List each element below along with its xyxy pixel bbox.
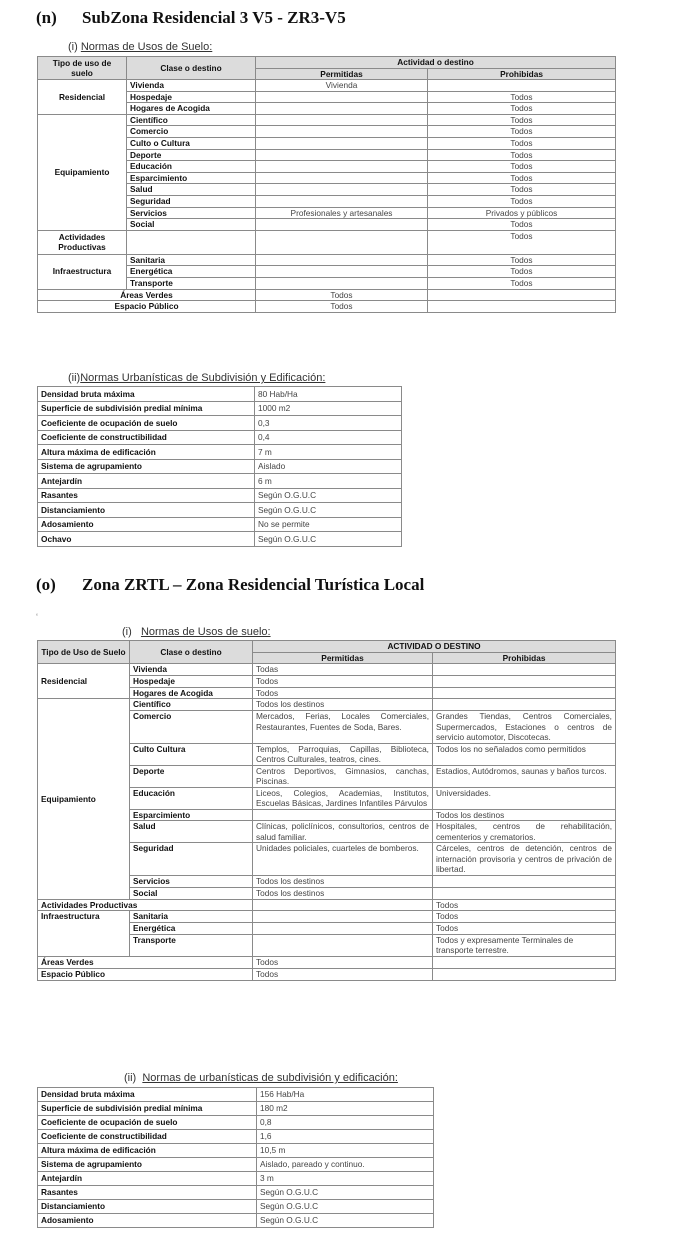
- prohibidas-cell: [433, 968, 616, 980]
- table-row: Superficie de subdivisión predial mínima…: [38, 401, 402, 416]
- table-row: InfraestructuraSanitariaTodos: [38, 911, 616, 923]
- tipo-cell: Infraestructura: [38, 254, 127, 289]
- permitidas-cell: Templos, Parroquias, Capillas, Bibliotec…: [253, 743, 433, 765]
- permitidas-cell: Mercados, Ferias, Locales Comerciales, R…: [253, 711, 433, 744]
- table-row: Densidad bruta máxima80 Hab/Ha: [38, 387, 402, 402]
- tipo-cell: Infraestructura: [38, 911, 130, 957]
- clase-cell: Hogares de Acogida: [130, 687, 253, 699]
- clase-cell: Educación: [127, 161, 256, 173]
- permitidas-cell: Todos: [253, 956, 433, 968]
- table-row: DistanciamientoSegún O.G.U.C: [38, 503, 402, 518]
- permitidas-cell: [256, 126, 428, 138]
- tipo-cell: Áreas Verdes: [38, 289, 256, 301]
- norm-key-cell: Distanciamiento: [38, 1200, 257, 1214]
- clase-cell: Deporte: [127, 149, 256, 161]
- prohibidas-cell: Grandes Tiendas, Centros Comerciales, Su…: [433, 711, 616, 744]
- permitidas-cell: [256, 172, 428, 184]
- clase-cell: Sanitaria: [127, 254, 256, 266]
- norm-value-cell: Según O.G.U.C: [255, 488, 402, 503]
- clase-cell: Esparcimiento: [127, 172, 256, 184]
- permitidas-cell: Todos: [256, 289, 428, 301]
- table-row: Espacio PúblicoTodos: [38, 968, 616, 980]
- norm-value-cell: No se permite: [255, 517, 402, 532]
- permitidas-cell: Todos los destinos: [253, 699, 433, 711]
- table-row: EquipamientoCientíficoTodos: [38, 114, 616, 126]
- prohibidas-cell: Todos: [428, 266, 616, 278]
- clase-cell: Social: [127, 219, 256, 231]
- permitidas-cell: [253, 923, 433, 935]
- permitidas-cell: [256, 184, 428, 196]
- permitidas-cell: [253, 809, 433, 821]
- norm-value-cell: Según O.G.U.C: [257, 1200, 434, 1214]
- table-row: Coeficiente de constructibilidad0,4: [38, 430, 402, 445]
- table-row: EquipamientoCientíficoTodos los destinos: [38, 699, 616, 711]
- table-row: ResidencialViviendaVivienda: [38, 80, 616, 92]
- table-row: Coeficiente de ocupación de suelo0,3: [38, 416, 402, 431]
- norm-key-cell: Coeficiente de ocupación de suelo: [38, 416, 255, 431]
- permitidas-cell: [256, 91, 428, 103]
- norm-value-cell: 1000 m2: [255, 401, 402, 416]
- norm-value-cell: 180 m2: [257, 1102, 434, 1116]
- table-row: Actividades ProductivasTodos: [38, 230, 616, 254]
- prohibidas-cell: [428, 289, 616, 301]
- prohibidas-cell: [433, 664, 616, 676]
- norm-key-cell: Densidad bruta máxima: [38, 387, 255, 402]
- table-row: Áreas VerdesTodos: [38, 289, 616, 301]
- table-row: Antejardín6 m: [38, 474, 402, 489]
- section-o-normas-label: (ii) Normas de urbanísticas de subdivisi…: [124, 1072, 398, 1084]
- section-o-number: (o): [36, 575, 82, 595]
- permitidas-cell: Todos: [256, 301, 428, 313]
- prohibidas-cell: Todos: [428, 277, 616, 289]
- table-row: OchavoSegún O.G.U.C: [38, 532, 402, 547]
- section-o-heading: (o)Zona ZRTL – Zona Residencial Turístic…: [36, 575, 424, 595]
- norm-value-cell: 6 m: [255, 474, 402, 489]
- permitidas-cell: [253, 899, 433, 911]
- prohibidas-cell: Todos: [428, 91, 616, 103]
- clase-cell: Salud: [130, 821, 253, 843]
- clase-cell: Deporte: [130, 765, 253, 787]
- permitidas-cell: Unidades policiales, cuarteles de bomber…: [253, 843, 433, 876]
- clase-cell: Hogares de Acogida: [127, 103, 256, 115]
- table-row: AdosamientoNo se permite: [38, 517, 402, 532]
- norm-key-cell: Sistema de agrupamiento: [38, 1158, 257, 1172]
- prohibidas-cell: Todos los no señalados como permitidos: [433, 743, 616, 765]
- clase-cell: Vivienda: [130, 664, 253, 676]
- header-clase: Clase o destino: [127, 57, 256, 80]
- tipo-cell: Equipamiento: [38, 699, 130, 899]
- prohibidas-cell: Todos: [428, 254, 616, 266]
- clase-cell: Seguridad: [127, 195, 256, 207]
- norm-value-cell: Aislado: [255, 459, 402, 474]
- prohibidas-cell: Todos: [433, 911, 616, 923]
- prohibidas-cell: Todos: [428, 184, 616, 196]
- clase-cell: Científico: [130, 699, 253, 711]
- norm-key-cell: Adosamiento: [38, 1214, 257, 1228]
- norm-value-cell: 1,6: [257, 1130, 434, 1144]
- clase-cell: Servicios: [127, 207, 256, 219]
- permitidas-cell: Todos los destinos: [253, 887, 433, 899]
- norm-value-cell: Según O.G.U.C: [255, 503, 402, 518]
- prohibidas-cell: [433, 956, 616, 968]
- prohibidas-cell: Todos y expresamente Terminales de trans…: [433, 934, 616, 956]
- permitidas-cell: Vivienda: [256, 80, 428, 92]
- permitidas-cell: [256, 266, 428, 278]
- usos-label-text: Normas de Usos de suelo:: [141, 626, 271, 638]
- normas-label-text: Normas de urbanísticas de subdivisión y …: [142, 1072, 398, 1084]
- table-row: InfraestructuraSanitariaTodos: [38, 254, 616, 266]
- clase-cell: Esparcimiento: [130, 809, 253, 821]
- prohibidas-cell: [428, 80, 616, 92]
- tipo-cell: Equipamiento: [38, 114, 127, 230]
- header-tipo: Tipo de uso de suelo: [38, 57, 127, 80]
- table-row: Altura máxima de edificación10,5 m: [38, 1144, 434, 1158]
- header-prohibidas: Prohibidas: [428, 68, 616, 80]
- tipo-cell: Espacio Público: [38, 301, 256, 313]
- table-row: Densidad bruta máxima156 Hab/Ha: [38, 1088, 434, 1102]
- norm-key-cell: Rasantes: [38, 1186, 257, 1200]
- permitidas-cell: Liceos, Colegios, Academias, Institutos,…: [253, 787, 433, 809]
- norm-key-cell: Distanciamiento: [38, 503, 255, 518]
- permitidas-cell: [256, 277, 428, 289]
- norm-key-cell: Altura máxima de edificación: [38, 1144, 257, 1158]
- prohibidas-cell: Todos: [428, 230, 616, 254]
- norm-key-cell: Coeficiente de ocupación de suelo: [38, 1116, 257, 1130]
- prohibidas-cell: Todos: [428, 114, 616, 126]
- norm-value-cell: Según O.G.U.C: [257, 1214, 434, 1228]
- prohibidas-cell: [428, 301, 616, 313]
- prohibidas-cell: Privados y públicos: [428, 207, 616, 219]
- clase-cell: Seguridad: [130, 843, 253, 876]
- permitidas-cell: [256, 230, 428, 254]
- table-row: Espacio PúblicoTodos: [38, 301, 616, 313]
- prohibidas-cell: [433, 887, 616, 899]
- table-row: Sistema de agrupamientoAislado: [38, 459, 402, 474]
- section-n-usos-label: (i) Normas de Usos de Suelo:: [68, 41, 212, 53]
- permitidas-cell: Profesionales y artesanales: [256, 207, 428, 219]
- permitidas-cell: Todos: [253, 675, 433, 687]
- norm-value-cell: 3 m: [257, 1172, 434, 1186]
- prohibidas-cell: Todos: [433, 899, 616, 911]
- clase-cell: Hospedaje: [127, 91, 256, 103]
- header-clase: Clase o destino: [130, 641, 253, 664]
- permitidas-cell: [256, 103, 428, 115]
- header-prohibidas: Prohibidas: [433, 652, 616, 664]
- prohibidas-cell: Todos: [428, 195, 616, 207]
- clase-cell: Servicios: [130, 875, 253, 887]
- prohibidas-cell: Todos los destinos: [433, 809, 616, 821]
- prohibidas-cell: Hospitales, centros de rehabilitación, c…: [433, 821, 616, 843]
- norm-value-cell: 10,5 m: [257, 1144, 434, 1158]
- clase-cell: Culto Cultura: [130, 743, 253, 765]
- norm-key-cell: Altura máxima de edificación: [38, 445, 255, 460]
- clase-cell: Transporte: [130, 934, 253, 956]
- prohibidas-cell: [433, 699, 616, 711]
- clase-cell: Vivienda: [127, 80, 256, 92]
- permitidas-cell: Clínicas, policlínicos, consultorios, ce…: [253, 821, 433, 843]
- section-o-usos-label: (i) Normas de Usos de suelo:: [122, 626, 271, 638]
- permitidas-cell: Todos: [253, 968, 433, 980]
- prohibidas-cell: Universidades.: [433, 787, 616, 809]
- prohibidas-cell: Estadios, Autódromos, saunas y baños tur…: [433, 765, 616, 787]
- permitidas-cell: [253, 911, 433, 923]
- table-row: Altura máxima de edificación7 m: [38, 445, 402, 460]
- clase-cell: Transporte: [127, 277, 256, 289]
- norm-key-cell: Densidad bruta máxima: [38, 1088, 257, 1102]
- clase-cell: Culto o Cultura: [127, 137, 256, 149]
- usos-label-prefix: (i): [68, 41, 81, 53]
- prohibidas-cell: Todos: [428, 219, 616, 231]
- prohibidas-cell: Todos: [428, 137, 616, 149]
- table-row: Antejardín3 m: [38, 1172, 434, 1186]
- usos-label-text: Normas de Usos de Suelo:: [81, 41, 212, 53]
- section-n-normas-label: (ii)Normas Urbanísticas de Subdivisión y…: [68, 372, 325, 384]
- tipo-cell: Espacio Público: [38, 968, 253, 980]
- norm-value-cell: Según O.G.U.C: [257, 1186, 434, 1200]
- table-row: Sistema de agrupamientoAislado, pareado …: [38, 1158, 434, 1172]
- norm-value-cell: Aislado, pareado y continuo.: [257, 1158, 434, 1172]
- norm-key-cell: Antejardín: [38, 1172, 257, 1186]
- norm-value-cell: 80 Hab/Ha: [255, 387, 402, 402]
- table-row: Superficie de subdivisión predial mínima…: [38, 1102, 434, 1116]
- header-permitidas: Permitidas: [253, 652, 433, 664]
- clase-cell: Educación: [130, 787, 253, 809]
- norm-value-cell: 156 Hab/Ha: [257, 1088, 434, 1102]
- clase-cell: [127, 230, 256, 254]
- permitidas-cell: [256, 195, 428, 207]
- prohibidas-cell: [433, 875, 616, 887]
- norm-value-cell: 0,8: [257, 1116, 434, 1130]
- permitidas-cell: [256, 137, 428, 149]
- permitidas-cell: [256, 254, 428, 266]
- prohibidas-cell: [433, 687, 616, 699]
- table-row: RasantesSegún O.G.U.C: [38, 488, 402, 503]
- clase-cell: Comercio: [130, 711, 253, 744]
- clase-cell: Energética: [130, 923, 253, 935]
- norm-key-cell: Superficie de subdivisión predial mínima: [38, 401, 255, 416]
- clase-cell: Comercio: [127, 126, 256, 138]
- table-row: Coeficiente de constructibilidad1,6: [38, 1130, 434, 1144]
- table-row: ResidencialViviendaTodas: [38, 664, 616, 676]
- header-tipo: Tipo de Uso de Suelo: [38, 641, 130, 664]
- section-n-title: SubZona Residencial 3 V5 - ZR3-V5: [82, 8, 346, 27]
- header-permitidas: Permitidas: [256, 68, 428, 80]
- section-o-title: Zona ZRTL – Zona Residencial Turística L…: [82, 575, 424, 594]
- permitidas-cell: [256, 219, 428, 231]
- section-n-normas-table: Densidad bruta máxima80 Hab/HaSuperficie…: [37, 386, 402, 547]
- permitidas-cell: Todos los destinos: [253, 875, 433, 887]
- clase-cell: Social: [130, 887, 253, 899]
- prohibidas-cell: Todos: [428, 161, 616, 173]
- prohibidas-cell: Todos: [428, 149, 616, 161]
- clase-cell: Científico: [127, 114, 256, 126]
- norm-value-cell: Según O.G.U.C: [255, 532, 402, 547]
- clase-cell: Hospedaje: [130, 675, 253, 687]
- norm-key-cell: Rasantes: [38, 488, 255, 503]
- section-n-usos-table: Tipo de uso de suelo Clase o destino Act…: [37, 56, 616, 313]
- prohibidas-cell: Cárceles, centros de detención, centros …: [433, 843, 616, 876]
- norm-key-cell: Coeficiente de constructibilidad: [38, 1130, 257, 1144]
- permitidas-cell: [256, 149, 428, 161]
- permitidas-cell: [253, 934, 433, 956]
- tipo-cell: Actividades Productivas: [38, 230, 127, 254]
- tipo-cell: Residencial: [38, 664, 130, 699]
- clase-cell: Energética: [127, 266, 256, 278]
- tipo-cell: Áreas Verdes: [38, 956, 253, 968]
- clase-cell: Salud: [127, 184, 256, 196]
- table-row: Áreas VerdesTodos: [38, 956, 616, 968]
- section-o-normas-table: Densidad bruta máxima156 Hab/HaSuperfici…: [37, 1087, 434, 1228]
- permitidas-cell: [256, 161, 428, 173]
- prohibidas-cell: [433, 675, 616, 687]
- permitidas-cell: [256, 114, 428, 126]
- norm-key-cell: Antejardín: [38, 474, 255, 489]
- norm-value-cell: 0,4: [255, 430, 402, 445]
- permitidas-cell: Centros Deportivos, Gimnasios, canchas, …: [253, 765, 433, 787]
- prohibidas-cell: Todos: [428, 126, 616, 138]
- stray-mark: ‘: [36, 612, 38, 622]
- permitidas-cell: Todos: [253, 687, 433, 699]
- table-row: DistanciamientoSegún O.G.U.C: [38, 1200, 434, 1214]
- prohibidas-cell: Todos: [428, 103, 616, 115]
- normas-label-prefix: (ii): [124, 1072, 136, 1084]
- prohibidas-cell: Todos: [433, 923, 616, 935]
- usos-label-prefix: (i): [122, 626, 132, 638]
- norm-key-cell: Ochavo: [38, 532, 255, 547]
- header-actividad: ACTIVIDAD O DESTINO: [253, 641, 616, 653]
- norm-key-cell: Coeficiente de constructibilidad: [38, 430, 255, 445]
- normas-label-prefix: (ii): [68, 372, 80, 384]
- norm-value-cell: 7 m: [255, 445, 402, 460]
- normas-label-text: Normas Urbanísticas de Subdivisión y Edi…: [80, 372, 325, 384]
- tipo-cell: Residencial: [38, 80, 127, 115]
- norm-key-cell: Sistema de agrupamiento: [38, 459, 255, 474]
- section-n-heading: (n)SubZona Residencial 3 V5 - ZR3-V5: [36, 8, 346, 28]
- table-row: Coeficiente de ocupación de suelo0,8: [38, 1116, 434, 1130]
- section-n-number: (n): [36, 8, 82, 28]
- norm-value-cell: 0,3: [255, 416, 402, 431]
- prohibidas-cell: Todos: [428, 172, 616, 184]
- section-o-usos-table: Tipo de Uso de Suelo Clase o destino ACT…: [37, 640, 616, 981]
- tipo-cell: Actividades Productivas: [38, 899, 253, 911]
- header-actividad: Actividad o destino: [256, 57, 616, 69]
- table-row: Actividades ProductivasTodos: [38, 899, 616, 911]
- clase-cell: Sanitaria: [130, 911, 253, 923]
- norm-key-cell: Adosamiento: [38, 517, 255, 532]
- norm-key-cell: Superficie de subdivisión predial mínima: [38, 1102, 257, 1116]
- table-row: AdosamientoSegún O.G.U.C: [38, 1214, 434, 1228]
- permitidas-cell: Todas: [253, 664, 433, 676]
- table-row: RasantesSegún O.G.U.C: [38, 1186, 434, 1200]
